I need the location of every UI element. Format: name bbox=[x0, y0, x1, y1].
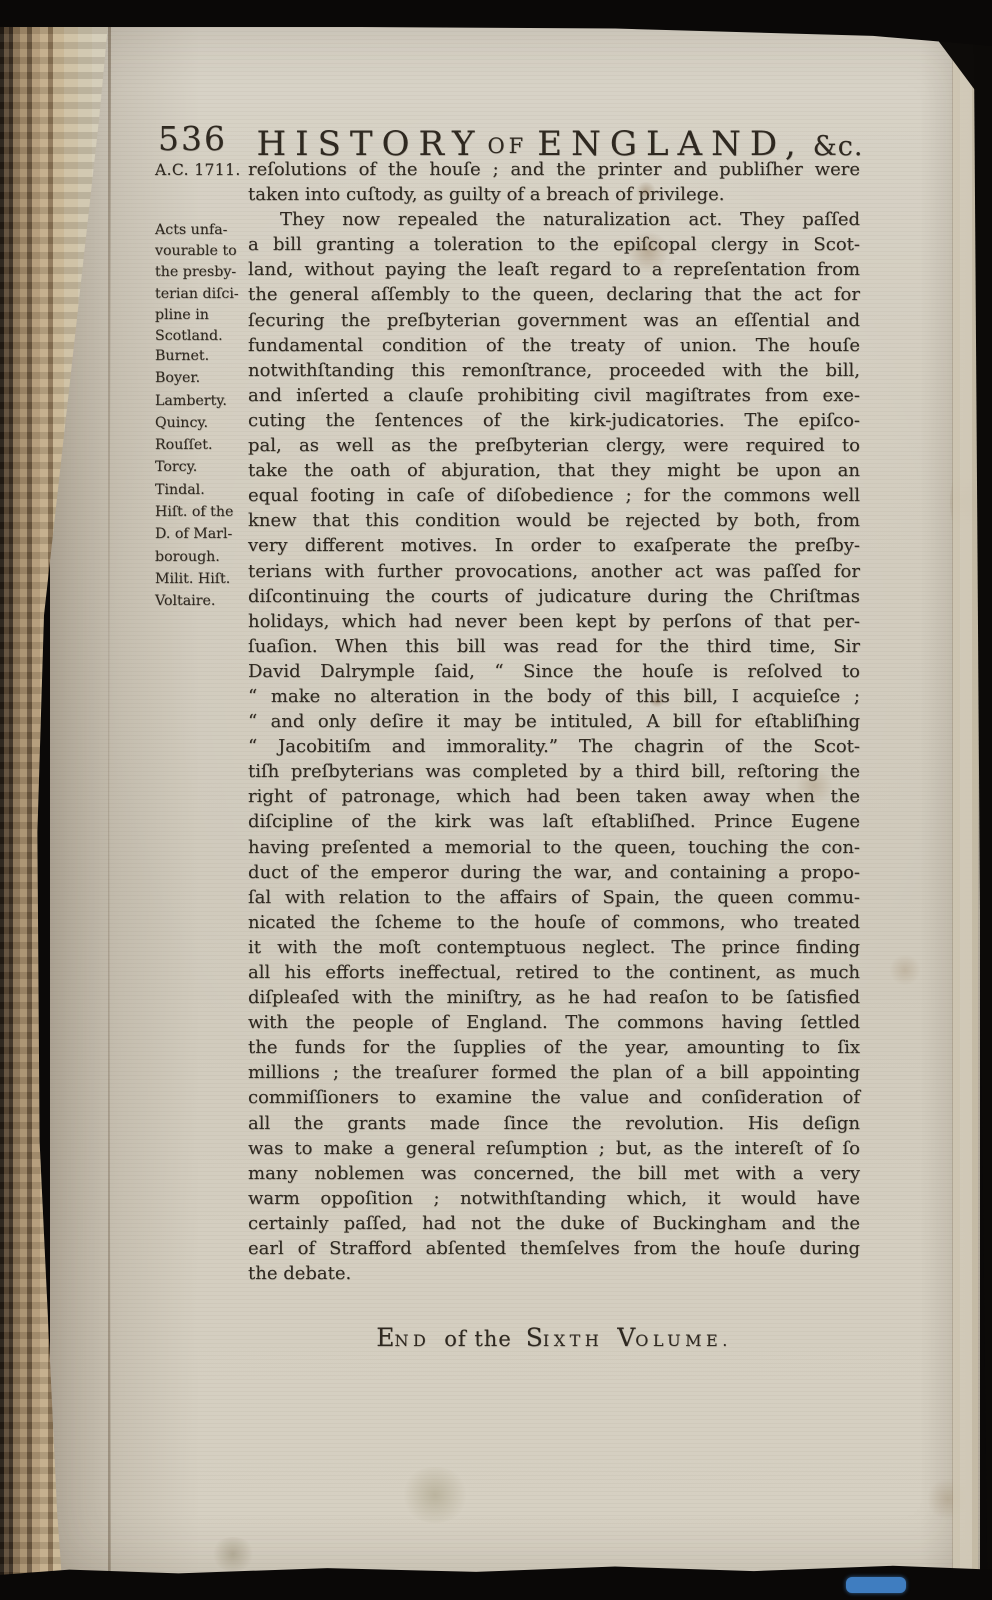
body-line: all his efforts ineffectual, retired to … bbox=[248, 960, 860, 985]
paper-stain bbox=[210, 1537, 256, 1571]
body-line: ſecuring the preſbyterian government was… bbox=[248, 308, 860, 333]
sidenote-line: Quincy. bbox=[155, 412, 251, 434]
body-line: certainly paſſed, had not the duke of Bu… bbox=[248, 1211, 860, 1236]
book-page-paper: 536 HISTORYOFENGLAND,&c. A.C. 1711. Acts… bbox=[50, 27, 980, 1575]
sidenote-line: Burnet. bbox=[155, 345, 251, 367]
body-line: knew that this condition would be reject… bbox=[248, 508, 860, 533]
sidenote-line: borough. bbox=[155, 546, 251, 568]
body-line: right of patronage, which had been taken… bbox=[248, 784, 860, 809]
sidenote-line: Hiſt. of the bbox=[155, 501, 251, 523]
sidenote-block: Burnet.Boyer.Lamberty.Quincy.Rouſſet.Tor… bbox=[155, 345, 251, 613]
body-line: reſolutions of the houſe ; and the print… bbox=[248, 157, 860, 182]
sidenote-line: Rouſſet. bbox=[155, 434, 251, 456]
body-line: holidays, which had never been kept by p… bbox=[248, 609, 860, 634]
body-line: and inſerted a clauſe prohibiting civil … bbox=[248, 383, 860, 408]
colophon-word: Volume. bbox=[617, 1331, 732, 1350]
sidenote-line: Boyer. bbox=[155, 367, 251, 389]
body-line: David Dalrymple ſaid, “ Since the houſe … bbox=[248, 659, 860, 684]
body-line: nicated the ſcheme to the houſe of commo… bbox=[248, 910, 860, 935]
body-line: duct of the emperor during the war, and … bbox=[248, 860, 860, 885]
body-line: all the grants made ſince the revolution… bbox=[248, 1111, 860, 1136]
body-line: land, without paying the leaſt regard to… bbox=[248, 257, 860, 282]
body-line: pal, as well as the preſbyterian clergy,… bbox=[248, 433, 860, 458]
sidenote-line: terian diſci- bbox=[155, 284, 251, 305]
colophon-word: End bbox=[376, 1331, 430, 1350]
sidenote-block: Acts unfa-vourable tothe presby-terian d… bbox=[155, 220, 251, 347]
body-line: it with the moſt contemptuous neglect. T… bbox=[248, 935, 860, 960]
running-title-of: OF bbox=[487, 134, 527, 158]
body-line: having preſented a memorial to the queen… bbox=[248, 835, 860, 860]
end-of-volume-colophon: Endof theSixthVolume. bbox=[248, 1323, 860, 1352]
body-line: diſcontinuing the courts of judicature d… bbox=[248, 584, 860, 609]
sidenote-line: Lamberty. bbox=[155, 390, 251, 412]
body-line: diſpleaſed with the miniſtry, as he had … bbox=[248, 985, 860, 1010]
blue-cover-sliver bbox=[846, 1577, 906, 1593]
colophon-word: Sixth bbox=[526, 1331, 603, 1350]
sidenote-line: D. of Marl- bbox=[155, 523, 251, 545]
body-line: ſal with relation to the affairs of Spai… bbox=[248, 885, 860, 910]
sidenote-line: Scotland. bbox=[155, 326, 251, 347]
body-line: millions ; the treaſurer formed the plan… bbox=[248, 1060, 860, 1085]
year-sidenote: A.C. 1711. bbox=[155, 161, 241, 179]
paper-stain bbox=[888, 955, 922, 985]
body-line: earl of Strafford abſented themſelves fr… bbox=[248, 1236, 860, 1261]
paper-stain bbox=[400, 1467, 470, 1523]
sidenote-line: pline in bbox=[155, 305, 251, 326]
body-line: with the people of England. The commons … bbox=[248, 1010, 860, 1035]
body-line: warm oppoſition ; notwithſtanding which,… bbox=[248, 1186, 860, 1211]
body-line: fundamental condition of the treaty of u… bbox=[248, 333, 860, 358]
body-line: a bill granting a toleration to the epiſ… bbox=[248, 232, 860, 257]
body-line: “ and only deſire it may be intituled, A… bbox=[248, 709, 860, 734]
body-line: taken into cuſtody, as guilty of a breac… bbox=[248, 182, 860, 207]
sidenote-line: Voltaire. bbox=[155, 590, 251, 612]
fore-edge-page-edge bbox=[952, 30, 978, 1570]
body-line: diſcipline of the kirk was laſt eſtabliſ… bbox=[248, 809, 860, 834]
sidenote-line: vourable to bbox=[155, 241, 251, 262]
body-line: very different motives. In order to exaſ… bbox=[248, 533, 860, 558]
sidenote-line: the presby- bbox=[155, 262, 251, 283]
body-line: commiſſioners to examine the value and c… bbox=[248, 1085, 860, 1110]
body-line: They now repealed the naturalization act… bbox=[248, 207, 860, 232]
colophon-word: of the bbox=[444, 1327, 511, 1351]
sidenote-line: Acts unfa- bbox=[155, 220, 251, 241]
body-line: “ Jacobitiſm and immorality.” The chagri… bbox=[248, 734, 860, 759]
sidenote-line: Torcy. bbox=[155, 456, 251, 478]
body-line: notwithſtanding this remonſtrance, proce… bbox=[248, 358, 860, 383]
body-line: cuting the ſentences of the kirk-judicat… bbox=[248, 408, 860, 433]
body-line: the funds for the ſupplies of the year, … bbox=[248, 1035, 860, 1060]
body-line: many noblemen was concerned, the bill me… bbox=[248, 1161, 860, 1186]
body-line: ſuaſion. When this bill was read for the… bbox=[248, 634, 860, 659]
body-text: reſolutions of the houſe ; and the print… bbox=[248, 157, 860, 1286]
body-line: tiſh preſbyterians was completed by a th… bbox=[248, 759, 860, 784]
body-line: “ make no alteration in the body of this… bbox=[248, 684, 860, 709]
body-line: equal footing in caſe of diſobedience ; … bbox=[248, 483, 860, 508]
sidenote-line: Milit. Hiſt. bbox=[155, 568, 251, 590]
book-photograph: 536 HISTORYOFENGLAND,&c. A.C. 1711. Acts… bbox=[0, 0, 992, 1600]
body-line: terians with further provocations, anoth… bbox=[248, 559, 860, 584]
body-line: take the oath of abjuration, that they m… bbox=[248, 458, 860, 483]
body-line: the general aſſembly to the queen, decla… bbox=[248, 282, 860, 307]
sidenote-line: Tindal. bbox=[155, 479, 251, 501]
body-line: was to make a general reſumption ; but, … bbox=[248, 1136, 860, 1161]
body-line: the debate. bbox=[248, 1261, 860, 1286]
